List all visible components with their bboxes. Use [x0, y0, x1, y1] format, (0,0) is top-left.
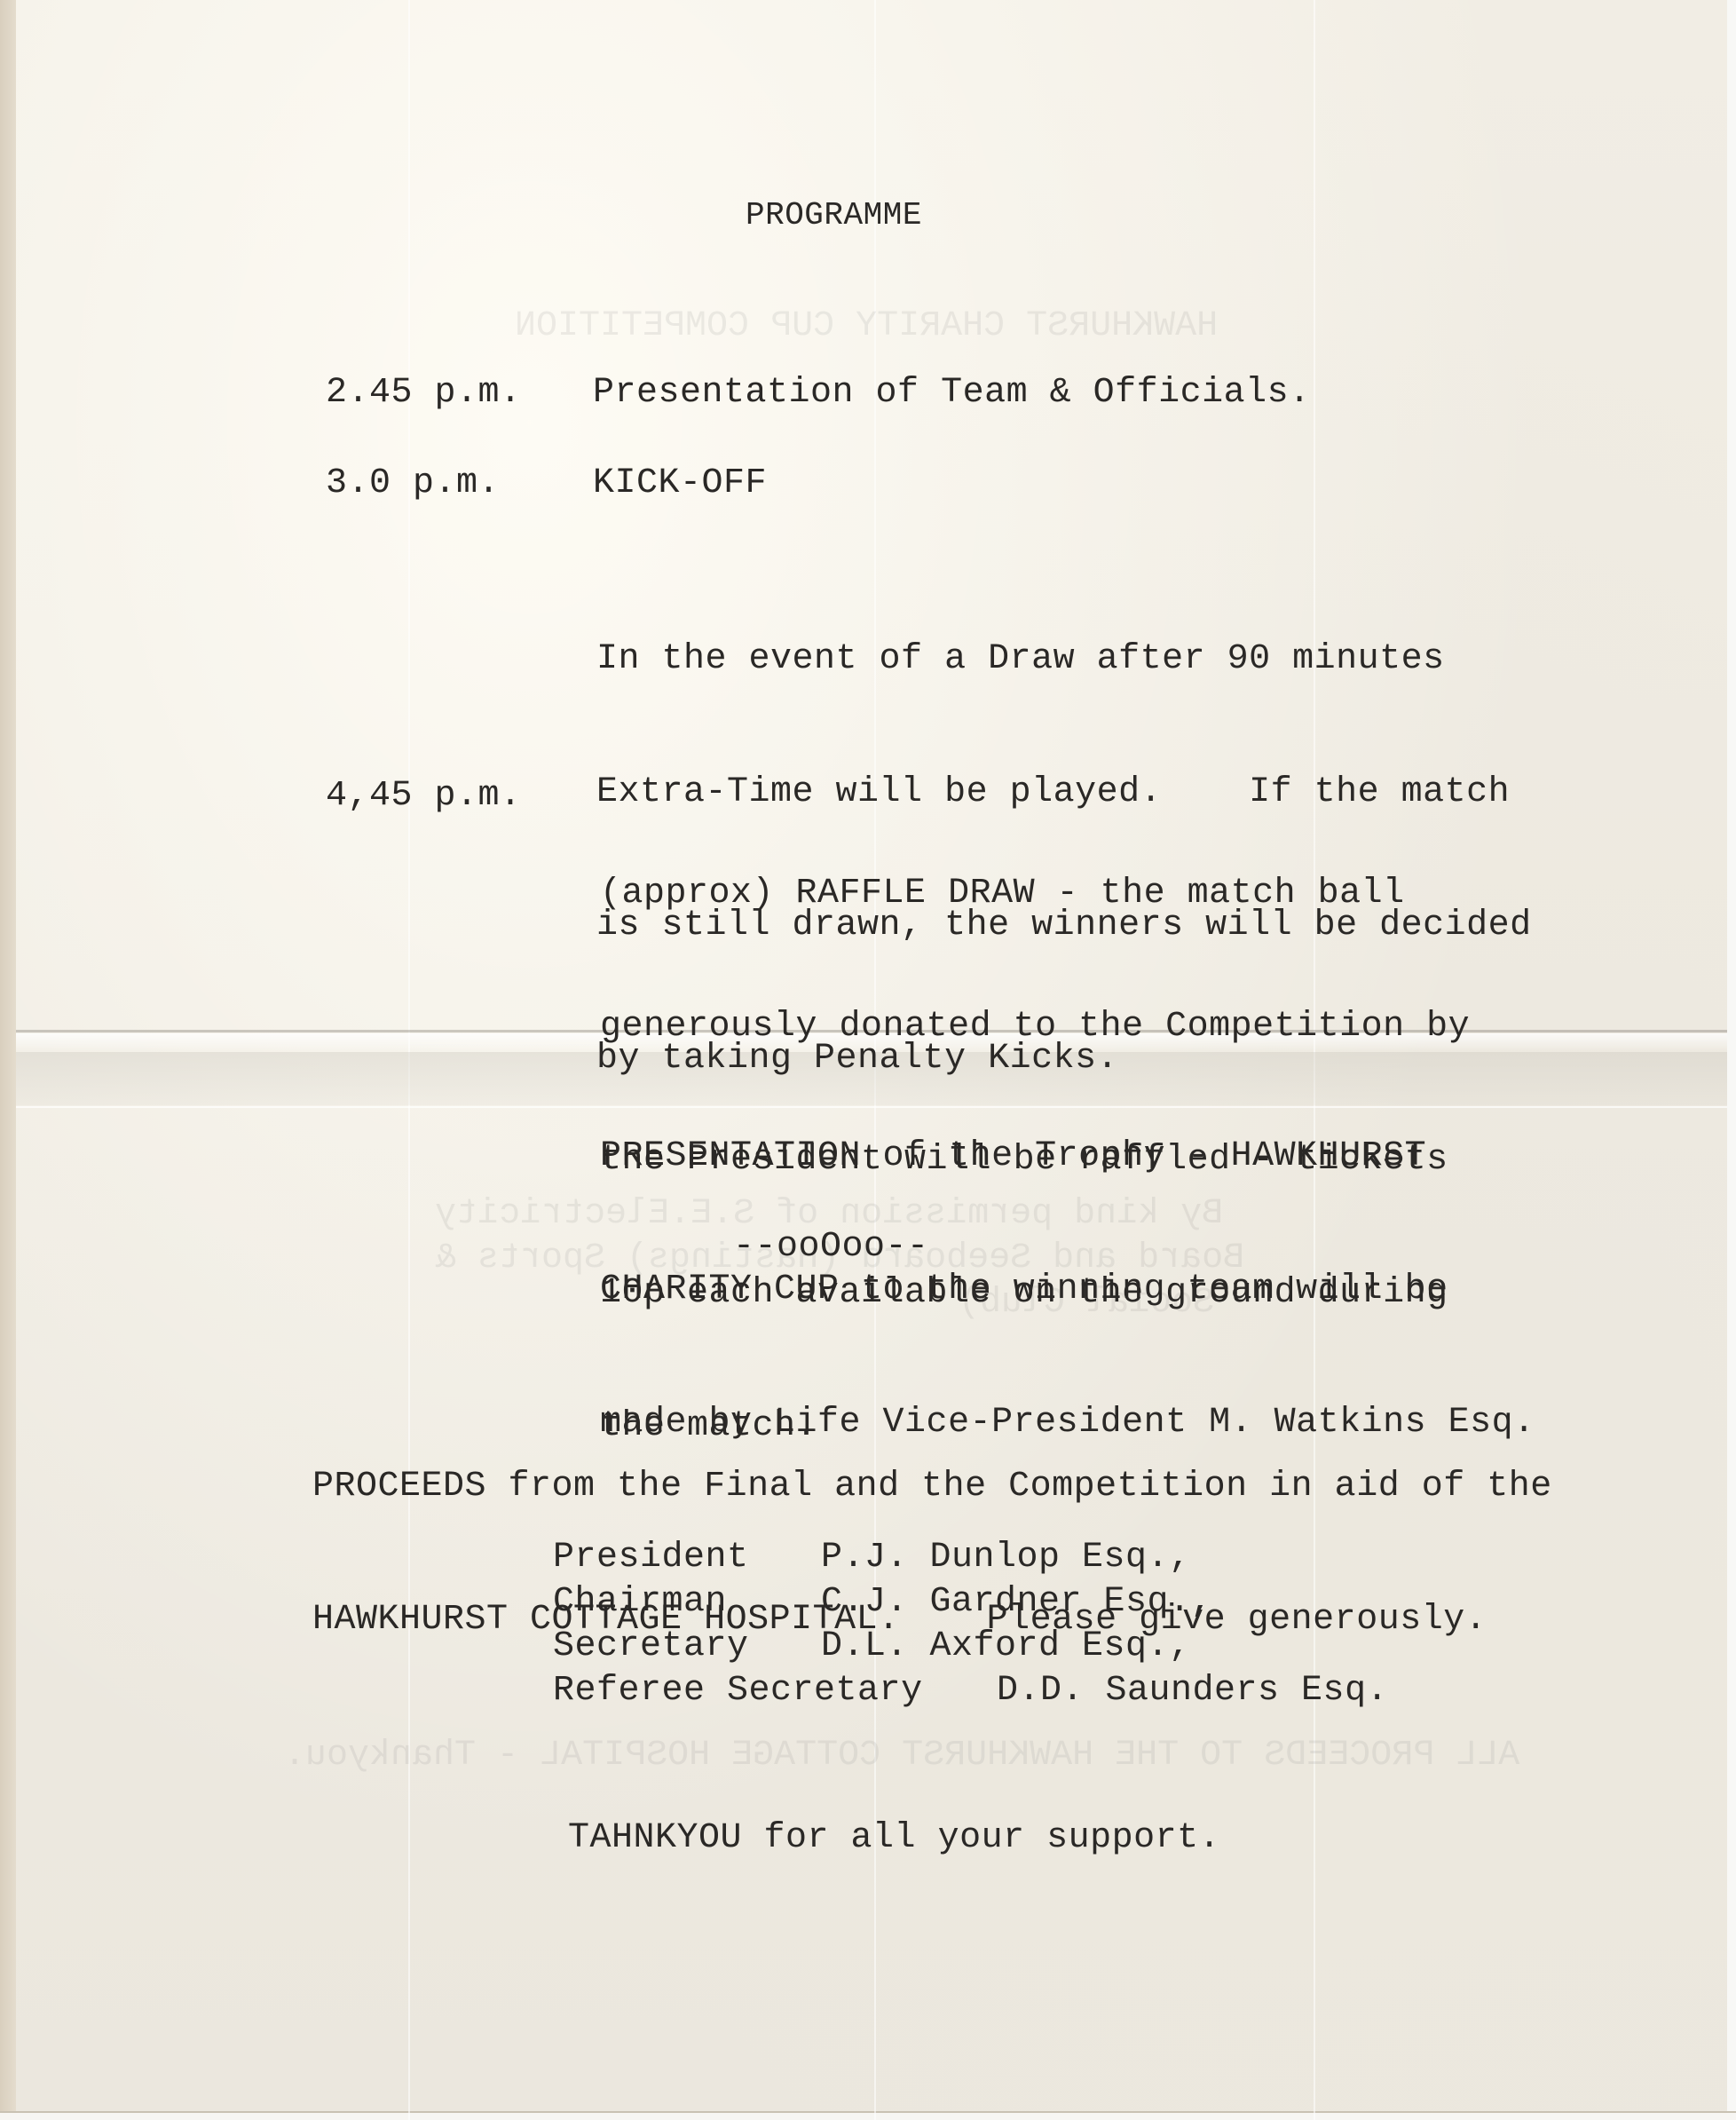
paragraph-line: PROCEEDS from the Final and the Competit… — [312, 1465, 1552, 1509]
officer-row: Chairman C.J. Gardner Esq., — [553, 1580, 640, 1625]
paragraph-line: generously donated to the Competition by — [600, 1005, 1470, 1049]
paragraph-line: In the event of a Draw after 90 minutes — [596, 637, 1532, 682]
officer-name: D.L. Axford Esq., — [821, 1625, 1191, 1669]
thanks-message: TAHNKYOU for all your support. — [568, 1816, 1220, 1861]
officer-role: President — [553, 1536, 749, 1580]
schedule-time: 3.0 p.m. — [326, 462, 500, 506]
officer-name: D.D. Saunders Esq. — [997, 1669, 1388, 1713]
officer-role: Secretary — [553, 1625, 749, 1669]
officer-name: C.J. Gardner Esq., — [821, 1580, 1212, 1625]
paper-edge-left — [0, 0, 16, 2120]
schedule-text: KICK-OFF — [593, 462, 767, 506]
paragraph-line: PRESENTATION of the Trophy - HAWKHURST — [600, 1135, 1535, 1179]
schedule-time: 2.45 p.m. — [326, 371, 522, 415]
paragraph-line: CHARITY CUP to the winning team will be — [600, 1268, 1535, 1312]
officer-role: Chairman — [553, 1580, 727, 1625]
schedule-time: 4,45 p.m. — [326, 774, 522, 819]
paper-edge-right — [1727, 0, 1736, 2120]
show-through-text: ALL PROCEEDS TO THE HAWKHURST COTTAGE HO… — [284, 1736, 1519, 1776]
officer-row: President P.J. Dunlop Esq., — [553, 1536, 640, 1580]
officer-role: Referee Secretary — [553, 1669, 923, 1713]
schedule-text: Presentation of Team & Officials. — [593, 371, 1311, 415]
paragraph-line: (approx) RAFFLE DRAW - the match ball — [600, 872, 1470, 916]
officer-name: P.J. Dunlop Esq., — [821, 1536, 1191, 1580]
show-through-text: HAWKHURST CHARITY CUP COMPETITION — [515, 306, 1218, 346]
page-title: PROGRAMME — [746, 194, 922, 238]
officer-row: Referee Secretary D.D. Saunders Esq. — [553, 1669, 640, 1713]
officers-list: President P.J. Dunlop Esq., Chairman C.J… — [553, 1536, 640, 1713]
section-separator: --ooOoo-- — [733, 1225, 929, 1270]
paper-edge-bottom — [0, 2111, 1736, 2120]
officer-row: Secretary D.L. Axford Esq., — [553, 1625, 640, 1669]
